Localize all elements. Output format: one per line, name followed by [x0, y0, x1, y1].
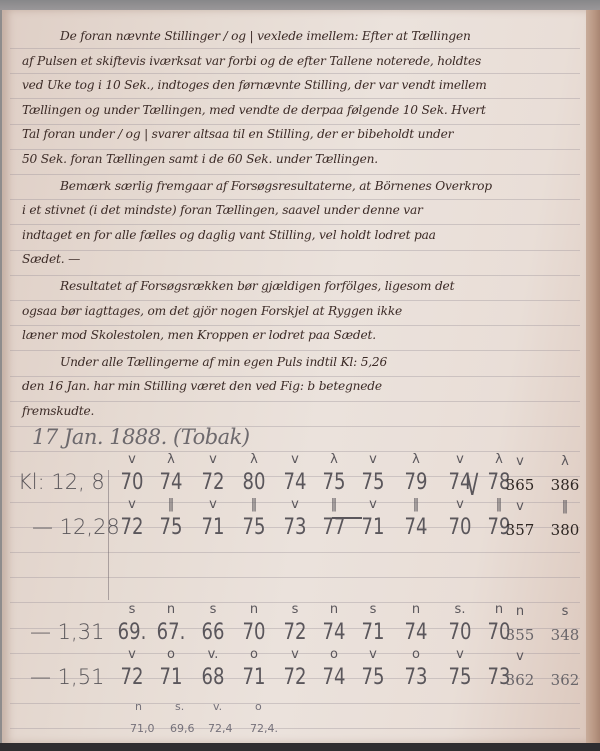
row-time-label: — 1,31 — [30, 620, 104, 644]
stance-mark: λ — [150, 452, 192, 467]
sum-mark: v — [500, 454, 540, 469]
prose-line: af Pulsen et skiftevis iværksat var forb… — [22, 54, 481, 68]
stance-mark: s — [274, 602, 316, 617]
prose-line: fremskudte. — [22, 404, 94, 418]
prose-line: den 16 Jan. har min Stilling været den v… — [22, 379, 382, 393]
pulse-value: 70 — [443, 620, 477, 645]
row-time-label: — 12,28 — [32, 515, 120, 539]
row-sum: 357 — [500, 521, 540, 539]
row-sum: 380 — [545, 521, 585, 539]
pulse-value: 66 — [196, 620, 230, 645]
row-sum: 355 — [500, 626, 540, 644]
row-sum: 365 — [500, 476, 540, 494]
stance-mark: v — [274, 452, 316, 467]
summary-mark: n — [135, 700, 142, 713]
pulse-value: 70 — [443, 515, 477, 540]
sum-mark: v — [500, 649, 540, 664]
row-sum: 386 — [545, 476, 585, 494]
pulse-value: 80 — [237, 470, 271, 495]
stance-mark: λ — [233, 452, 275, 467]
stance-mark: s — [192, 602, 234, 617]
sum-mark: s — [545, 604, 585, 619]
stance-mark: v — [111, 497, 153, 512]
summary-value: 72,4. — [250, 722, 278, 735]
pulse-value: 71 — [356, 620, 390, 645]
stance-mark: n — [150, 602, 192, 617]
stance-mark: v — [274, 497, 316, 512]
paragraph-2: Bemærk særlig fremgaar af Forsøgsresulta… — [22, 174, 582, 272]
stance-mark: o — [233, 647, 275, 662]
prose-line: Bemærk særlig fremgaar af Forsøgsresulta… — [60, 179, 492, 193]
pulse-value: 75 — [356, 470, 390, 495]
prose-line: 50 Sek. foran Tællingen samt i de 60 Sek… — [22, 152, 378, 166]
stance-mark: n — [233, 602, 275, 617]
stance-mark: ‖ — [395, 497, 437, 512]
pulse-value: 70 — [237, 620, 271, 645]
page-edge — [586, 10, 600, 743]
pulse-value: 72 — [196, 470, 230, 495]
pulse-value: 74 — [317, 665, 351, 690]
pulse-value: 73 — [278, 515, 312, 540]
prose-line: De foran nævnte Stillinger / og | vexled… — [60, 29, 471, 43]
pulse-value: 79 — [399, 470, 433, 495]
ruled-line — [10, 703, 580, 704]
sum-mark: v — [500, 499, 540, 514]
pulse-value: 73 — [399, 665, 433, 690]
stance-mark: v — [439, 452, 481, 467]
pulse-value: 75 — [356, 665, 390, 690]
prose-line: Sædet. — — [22, 252, 80, 266]
summary-value: 69,6 — [170, 722, 195, 735]
prose-line: i et stivnet (i det mindste) foran Tælli… — [22, 203, 423, 217]
prose-line: ved Uke tog i 10 Sek., indtoges den førn… — [22, 78, 487, 92]
summary-value: 72,4 — [208, 722, 233, 735]
stance-mark: v. — [192, 647, 234, 662]
paragraph-3: Resultatet af Forsøgsrækken bør gjældige… — [22, 274, 582, 348]
prose-line: Under alle Tællingerne af min egen Puls … — [60, 355, 387, 369]
pulse-value: 71 — [196, 515, 230, 540]
pulse-value: 70 — [115, 470, 149, 495]
pulse-value: 71 — [154, 665, 188, 690]
stance-mark: s — [352, 602, 394, 617]
pulse-value: 74 — [317, 620, 351, 645]
stance-mark: ‖ — [233, 497, 275, 512]
stance-mark: o — [150, 647, 192, 662]
stance-mark: λ — [395, 452, 437, 467]
stance-mark: ‖ — [150, 497, 192, 512]
stance-mark: ‖ — [313, 497, 355, 512]
row-sum: 362 — [500, 671, 540, 689]
pulse-value: 74 — [154, 470, 188, 495]
stance-mark: v — [192, 452, 234, 467]
stance-mark: v — [352, 647, 394, 662]
row-sum: 348 — [545, 626, 585, 644]
pulse-value: 72 — [278, 620, 312, 645]
underline-mark — [332, 517, 362, 519]
prose-line: indtaget en for alle fælles og daglig va… — [22, 228, 436, 242]
prose-line: Tællingen og under Tællingen, med vendte… — [22, 103, 486, 117]
pulse-value: 67. — [154, 620, 188, 645]
row-time-label: Kl: 12, 8 — [18, 470, 105, 494]
pulse-value: 72 — [278, 665, 312, 690]
stance-mark: n — [395, 602, 437, 617]
stance-mark: v — [439, 647, 481, 662]
row-sum: 362 — [545, 671, 585, 689]
paragraph-1: De foran nævnte Stillinger / og | vexled… — [22, 24, 582, 172]
pulse-value: 75 — [237, 515, 271, 540]
summary-mark: o — [255, 700, 262, 713]
pulse-value: 69. — [115, 620, 149, 645]
pulse-value: 71 — [356, 515, 390, 540]
pulse-value: 72 — [115, 665, 149, 690]
prose-line: Resultatet af Forsøgsrækken bør gjældige… — [60, 279, 454, 293]
sum-mark: n — [500, 604, 540, 619]
stance-mark: v — [274, 647, 316, 662]
sum-mark: ‖ — [545, 499, 585, 514]
pulse-value: 77 — [317, 515, 351, 540]
paragraph-4: Under alle Tællingerne af min egen Puls … — [22, 350, 582, 424]
stance-mark: s — [111, 602, 153, 617]
stance-mark: v — [352, 452, 394, 467]
pulse-value: 72 — [115, 515, 149, 540]
prose-line: læner mod Skolestolen, men Kroppen er lo… — [22, 328, 376, 342]
stance-mark: λ — [313, 452, 355, 467]
pulse-value: 74 — [278, 470, 312, 495]
pulse-value: 74 — [399, 515, 433, 540]
summary-mark: v. — [213, 700, 222, 713]
sum-mark: λ — [545, 454, 585, 469]
ruled-line — [10, 552, 580, 553]
prose-line: ogsaa bør iagttages, om det gjör nogen F… — [22, 304, 402, 318]
large-v-mark: V — [466, 468, 478, 503]
stance-mark: v — [352, 497, 394, 512]
stance-mark: v — [192, 497, 234, 512]
background-bottom — [0, 743, 600, 751]
stance-mark: s. — [439, 602, 481, 617]
stance-mark: n — [313, 602, 355, 617]
row-time-label: — 1,51 — [30, 665, 104, 689]
summary-mark: s. — [175, 700, 184, 713]
background-top — [0, 0, 600, 10]
ruled-line — [10, 577, 580, 578]
handwritten-prose: De foran nævnte Stillinger / og | vexled… — [22, 14, 582, 426]
pulse-value: 68 — [196, 665, 230, 690]
date-heading: 17 Jan. 1888. (Tobak) — [32, 425, 250, 449]
stance-mark: o — [313, 647, 355, 662]
pulse-value: 75 — [443, 665, 477, 690]
prose-line: Tal foran under / og | svarer altsaa til… — [22, 127, 453, 141]
stance-mark: o — [395, 647, 437, 662]
pulse-value: 75 — [317, 470, 351, 495]
ruled-line — [10, 728, 580, 729]
stance-mark: v — [111, 647, 153, 662]
summary-value: 71,0 — [130, 722, 155, 735]
stance-mark: v — [111, 452, 153, 467]
pulse-value: 75 — [154, 515, 188, 540]
pulse-value: 71 — [237, 665, 271, 690]
pulse-value: 74 — [399, 620, 433, 645]
